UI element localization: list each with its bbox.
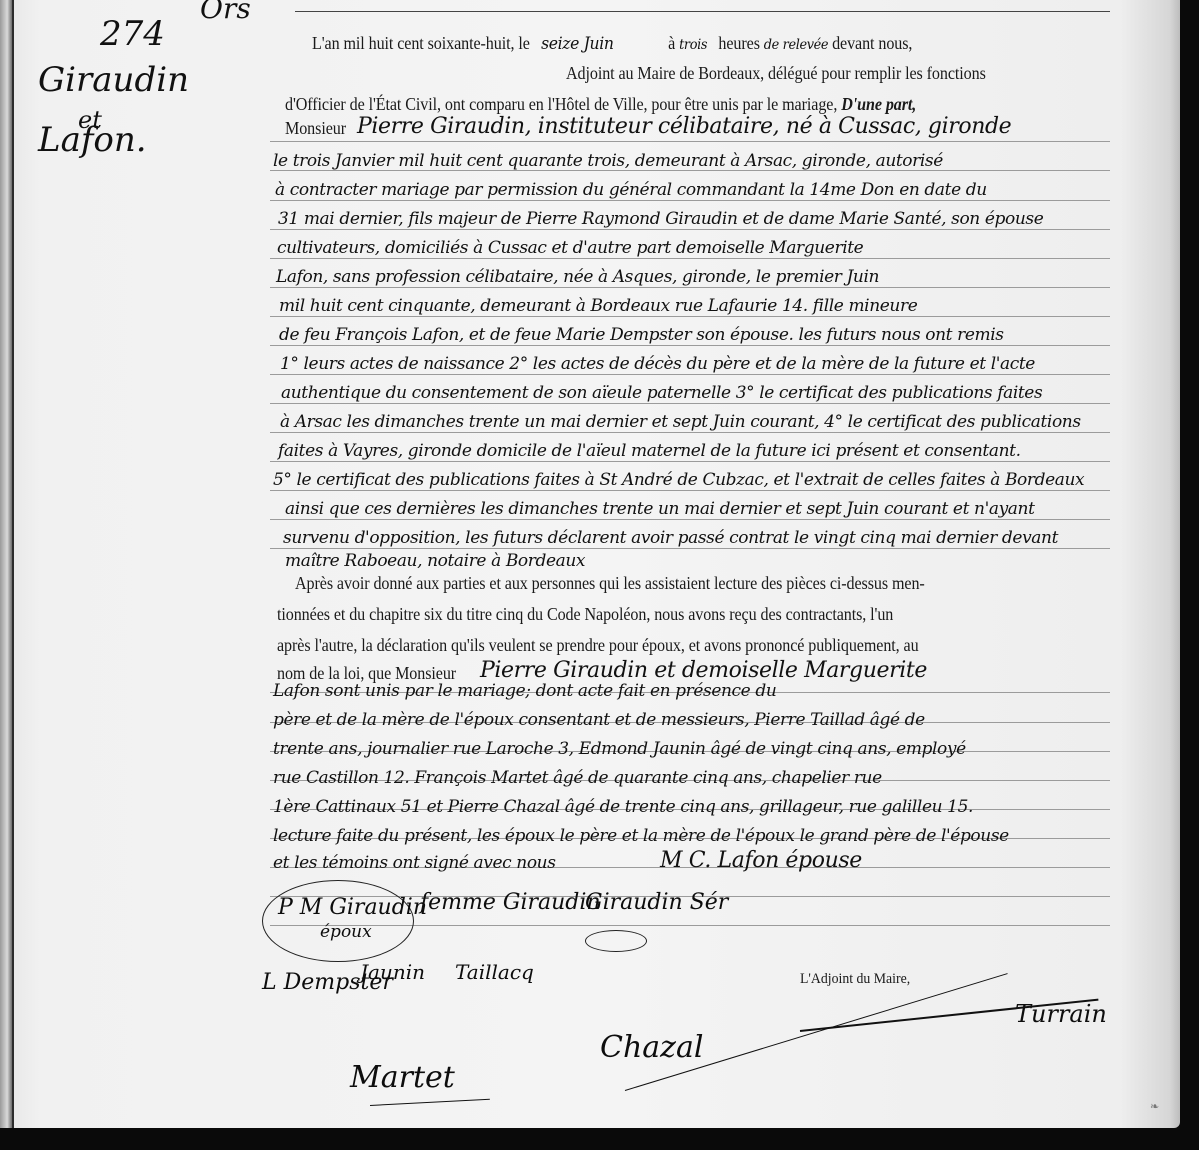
register-entry-number: 274 [100,14,165,54]
printed-line-1: L'an mil huit cent soixante-huit, le sei… [312,33,912,54]
witness-signature-chazal: Chazal [600,1030,703,1065]
father-signature-flourish [585,930,647,952]
stamp-mark: ❧ [1150,1100,1159,1113]
handwritten-line: 1ère Cattinaux 51 et Pierre Chazal âgé d… [273,797,973,817]
register-page: Ors 274 Giraudin et Lafon. L'an mil huit… [0,0,1180,1128]
handwritten-line: à Arsac les dimanches trente un mai dern… [280,412,1081,432]
printed-line-2: Adjoint au Maire de Bordeaux, délégué po… [566,63,986,84]
groom-signature-flourish [262,880,414,962]
book-binding-edge [0,0,14,1128]
handwritten-line: lecture faite du présent, les époux le p… [273,826,1009,846]
ruled-line [270,200,1110,201]
printed-closing-3: après l'autre, la déclaration qu'ils veu… [277,635,919,656]
ruled-line [270,548,1110,549]
handwritten-hour-suffix: de relevée [764,37,828,53]
father-signature: Giraudin Sér [585,890,728,915]
ruled-line [270,490,1110,491]
handwritten-date: seize Juin [541,34,613,54]
ruled-line [270,258,1110,259]
ruled-line [270,403,1110,404]
groom-signature: P M Giraudin [278,895,427,920]
printed-devant-nous: devant nous, [832,33,912,53]
handwritten-union-names: Pierre Giraudin et demoiselle Marguerite [480,658,927,683]
handwritten-line: survenu d'opposition, les futurs déclare… [283,528,1058,548]
ruled-line [270,345,1110,346]
top-fragment: Ors [200,0,251,25]
handwritten-line: cultivateurs, domiciliés à Cussac et d'a… [277,238,863,258]
witness-signature-taillad: Taillacq [455,960,534,984]
handwritten-line: Lafon, sans profession célibataire, née … [276,267,879,287]
witness-signature-jaunin: Jaunin [360,960,425,984]
printed-hours: heures [718,33,759,53]
handwritten-line: et les témoins ont signé avec nous [273,853,556,873]
printed-monsieur: Monsieur [285,118,346,139]
margin-bride-name: Lafon. [38,120,147,160]
printed-line-3-text: d'Officier de l'État Civil, ont comparu … [285,94,837,114]
printed-line-3: d'Officier de l'État Civil, ont comparu … [285,94,916,115]
ruled-line [270,287,1110,288]
ruled-line [270,374,1110,375]
mother-signature: femme Giraudin [420,890,601,915]
groom-signature-role: époux [320,922,372,942]
printed-date-intro: L'an mil huit cent soixante-huit, le [312,33,530,53]
handwritten-line: maître Raboeau, notaire à Bordeaux [285,551,585,571]
handwritten-line: ainsi que ces dernières les dimanches tr… [285,499,1035,519]
handwritten-line: Lafon sont unis par le mariage; dont act… [273,681,776,701]
handwritten-line: faites à Vayres, gironde domicile de l'a… [278,441,1021,461]
adjoint-label: L'Adjoint du Maire, [800,971,910,988]
handwritten-line: Pierre Giraudin, instituteur célibataire… [357,114,1011,139]
handwritten-line: authentique du consentement de son aïeul… [281,383,1042,403]
handwritten-line: de feu François Lafon, et de feue Marie … [279,325,1004,345]
handwritten-line: rue Castillon 12. François Martet âgé de… [273,768,882,788]
handwritten-line: 1° leurs actes de naissance 2° les actes… [280,354,1035,374]
ruled-line [270,316,1110,317]
margin-groom-name: Giraudin [38,60,189,100]
ruled-line [270,461,1110,462]
printed-at: à [668,33,675,53]
handwritten-line: père et de la mère de l'époux consentant… [273,710,925,730]
ruled-line [270,432,1110,433]
handwritten-hour: trois [679,37,707,53]
martet-signature-flourish [370,1099,490,1106]
handwritten-line: le trois Janvier mil huit cent quarante … [273,151,943,171]
printed-dune-part: D'une part, [841,94,916,114]
handwritten-line: mil huit cent cinquante, demeurant à Bor… [279,296,917,316]
handwritten-line: à contracter mariage par permission du g… [275,180,987,200]
witness-signature-martet: Martet [350,1060,455,1095]
bride-signature: M C. Lafon épouse [660,848,862,873]
ruled-line [270,141,1110,142]
handwritten-line: trente ans, journalier rue Laroche 3, Ed… [273,739,966,759]
top-rule [295,11,1110,12]
printed-closing-1: Après avoir donné aux parties et aux per… [295,573,925,594]
handwritten-line: 5° le certificat des publications faites… [273,470,1084,490]
handwritten-line: 31 mai dernier, fils majeur de Pierre Ra… [278,209,1043,229]
printed-closing-2: tionnées et du chapitre six du titre cin… [277,604,893,625]
ruled-line [270,519,1110,520]
ruled-line [270,229,1110,230]
